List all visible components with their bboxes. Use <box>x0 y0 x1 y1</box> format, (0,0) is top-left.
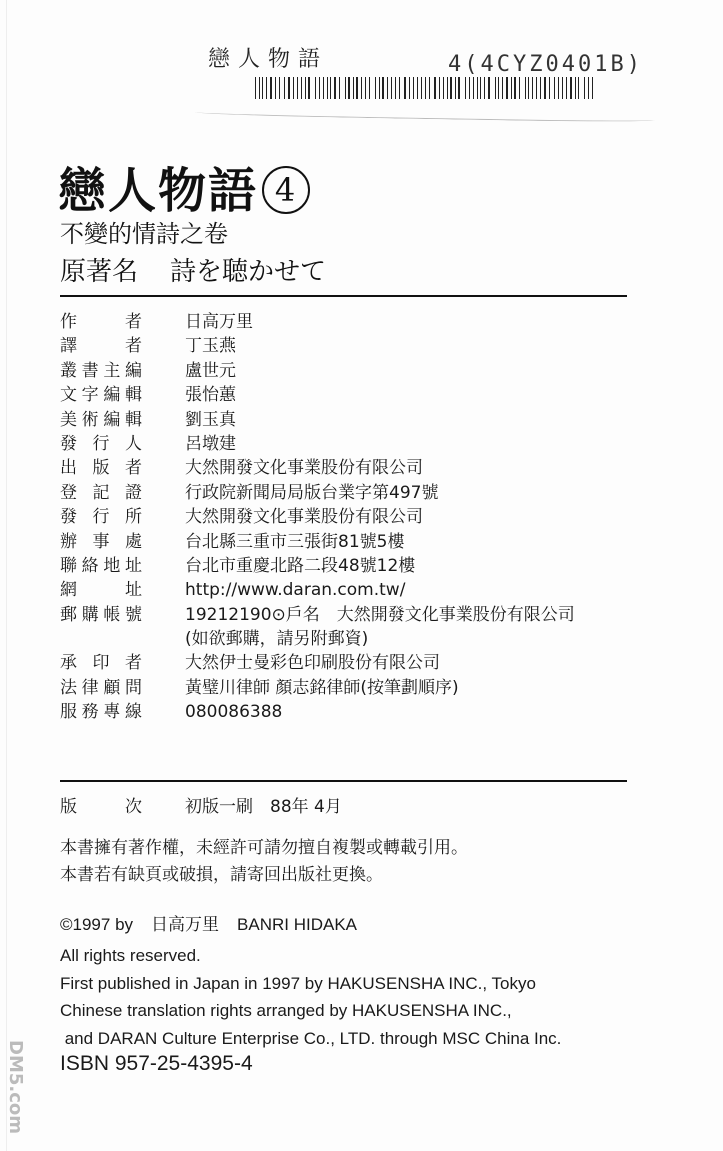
original-title-value: 詩を聴かせて <box>170 257 326 287</box>
credit-row: 美術編輯劉玉真 <box>60 408 640 432</box>
credit-row: 發行人呂墩建 <box>60 432 640 456</box>
credit-value: 盧世元 <box>185 359 640 383</box>
credit-key: 發行所 <box>60 505 185 529</box>
credit-key: 聯絡地址 <box>60 554 185 578</box>
copyright-line: ©1997 by日高万里BANRI HIDAKA <box>60 910 357 935</box>
credit-value: 日高万里 <box>185 310 640 334</box>
rights-line: All rights reserved. <box>60 942 561 970</box>
credit-value: (如欲郵購，請另附郵資) <box>185 627 640 651</box>
credit-key: 譯者 <box>60 334 185 358</box>
watermark-text: DM5.com <box>5 1040 26 1134</box>
page-edge <box>6 0 7 1151</box>
credit-row: 發行所大然開發文化事業股份有限公司 <box>60 505 640 529</box>
original-title-label: 原著名 <box>60 257 138 287</box>
note-line: 本書擁有著作權，未經許可請勿擅自複製或轉載引用。 <box>60 835 468 862</box>
credit-key: 登記證 <box>60 481 185 505</box>
credit-key: 服務專線 <box>60 700 185 724</box>
rights-line: and DARAN Culture Enterprise Co., LTD. t… <box>60 1025 561 1053</box>
credit-row: 聯絡地址台北市重慶北路二段48號12樓 <box>60 554 640 578</box>
credit-key: 發行人 <box>60 432 185 456</box>
credit-key: 郵購帳號 <box>60 603 185 627</box>
copyright-prefix: ©1997 by <box>60 915 133 934</box>
book-title-text: 戀人物語 <box>58 163 258 219</box>
credit-row: 作者日高万里 <box>60 310 640 334</box>
credit-value: 黃璧川律師 顏志銘律師(按筆劃順序) <box>185 676 640 700</box>
credit-value: http://www.daran.com.tw/ <box>185 578 640 602</box>
credit-row: 郵購帳號19212190⊙戶名 大然開發文化事業股份有限公司 <box>60 603 640 627</box>
credit-value: 台北縣三重市三張街81號5樓 <box>185 530 640 554</box>
edition-value: 初版一刷 88年 4月 <box>185 792 342 817</box>
volume-number: 4 <box>262 166 310 214</box>
credit-value: 行政院新聞局局版台業字第497號 <box>185 481 640 505</box>
credit-row: 法律顧問黃璧川律師 顏志銘律師(按筆劃順序) <box>60 676 640 700</box>
divider-bottom <box>60 780 627 782</box>
credit-value: 080086388 <box>185 700 640 724</box>
barcode <box>255 77 595 99</box>
credit-row: (如欲郵購，請另附郵資) <box>60 627 640 651</box>
credit-value: 張怡蕙 <box>185 383 640 407</box>
rights-line: Chinese translation rights arranged by H… <box>60 997 561 1025</box>
copyright-notes: 本書擁有著作權，未經許可請勿擅自複製或轉載引用。 本書若有缺頁或破損，請寄回出版… <box>60 835 468 889</box>
credit-key <box>60 627 185 651</box>
author-cn: 日高万里 <box>151 915 219 935</box>
english-rights: All rights reserved. First published in … <box>60 942 561 1052</box>
credit-value: 大然開發文化事業股份有限公司 <box>185 505 640 529</box>
credit-value: 劉玉真 <box>185 408 640 432</box>
edition-row: 版次 初版一刷 88年 4月 <box>60 792 342 817</box>
book-subtitle: 不變的情詩之卷 <box>60 214 228 249</box>
credit-key: 出版者 <box>60 456 185 480</box>
sticker-code: 4(4CYZ0401B) <box>448 52 643 77</box>
credit-key: 文字編輯 <box>60 383 185 407</box>
credit-row: 服務專線080086388 <box>60 700 640 724</box>
credit-key: 美術編輯 <box>60 408 185 432</box>
isbn: ISBN 957-25-4395-4 <box>60 1052 253 1076</box>
credit-row: 登記證行政院新聞局局版台業字第497號 <box>60 481 640 505</box>
credit-value: 呂墩建 <box>185 432 640 456</box>
credit-key: 叢書主編 <box>60 359 185 383</box>
credit-value: 19212190⊙戶名 大然開發文化事業股份有限公司 <box>185 603 640 627</box>
credit-row: 出版者大然開發文化事業股份有限公司 <box>60 456 640 480</box>
rights-line: First published in Japan in 1997 by HAKU… <box>60 970 561 998</box>
original-title: 原著名詩を聴かせて <box>60 251 326 288</box>
author-en: BANRI HIDAKA <box>237 915 357 934</box>
note-line: 本書若有缺頁或破損，請寄回出版社更換。 <box>60 862 468 889</box>
divider-top <box>60 295 627 297</box>
credit-value: 大然開發文化事業股份有限公司 <box>185 456 640 480</box>
credit-row: 文字編輯張怡蕙 <box>60 383 640 407</box>
credit-key: 作者 <box>60 310 185 334</box>
credit-row: 譯者丁玉燕 <box>60 334 640 358</box>
watermark-logo: DM5.com <box>2 1040 30 1135</box>
sticker-title: 戀人物語 <box>208 42 328 73</box>
credit-key: 辦事處 <box>60 530 185 554</box>
credit-row: 承印者大然伊士曼彩色印刷股份有限公司 <box>60 651 640 675</box>
credit-row: 叢書主編盧世元 <box>60 359 640 383</box>
credit-value: 大然伊士曼彩色印刷股份有限公司 <box>185 651 640 675</box>
credit-row: 網址http://www.daran.com.tw/ <box>60 578 640 602</box>
edition-key: 版次 <box>60 792 185 817</box>
credit-key: 網址 <box>60 578 185 602</box>
credit-key: 承印者 <box>60 651 185 675</box>
credits-table: 作者日高万里譯者丁玉燕叢書主編盧世元文字編輯張怡蕙美術編輯劉玉真發行人呂墩建出版… <box>60 310 640 725</box>
credit-key: 法律顧問 <box>60 676 185 700</box>
book-title: 戀人物語4 <box>58 152 310 221</box>
credit-row: 辦事處台北縣三重市三張街81號5樓 <box>60 530 640 554</box>
credit-value: 台北市重慶北路二段48號12樓 <box>185 554 640 578</box>
credit-value: 丁玉燕 <box>185 334 640 358</box>
